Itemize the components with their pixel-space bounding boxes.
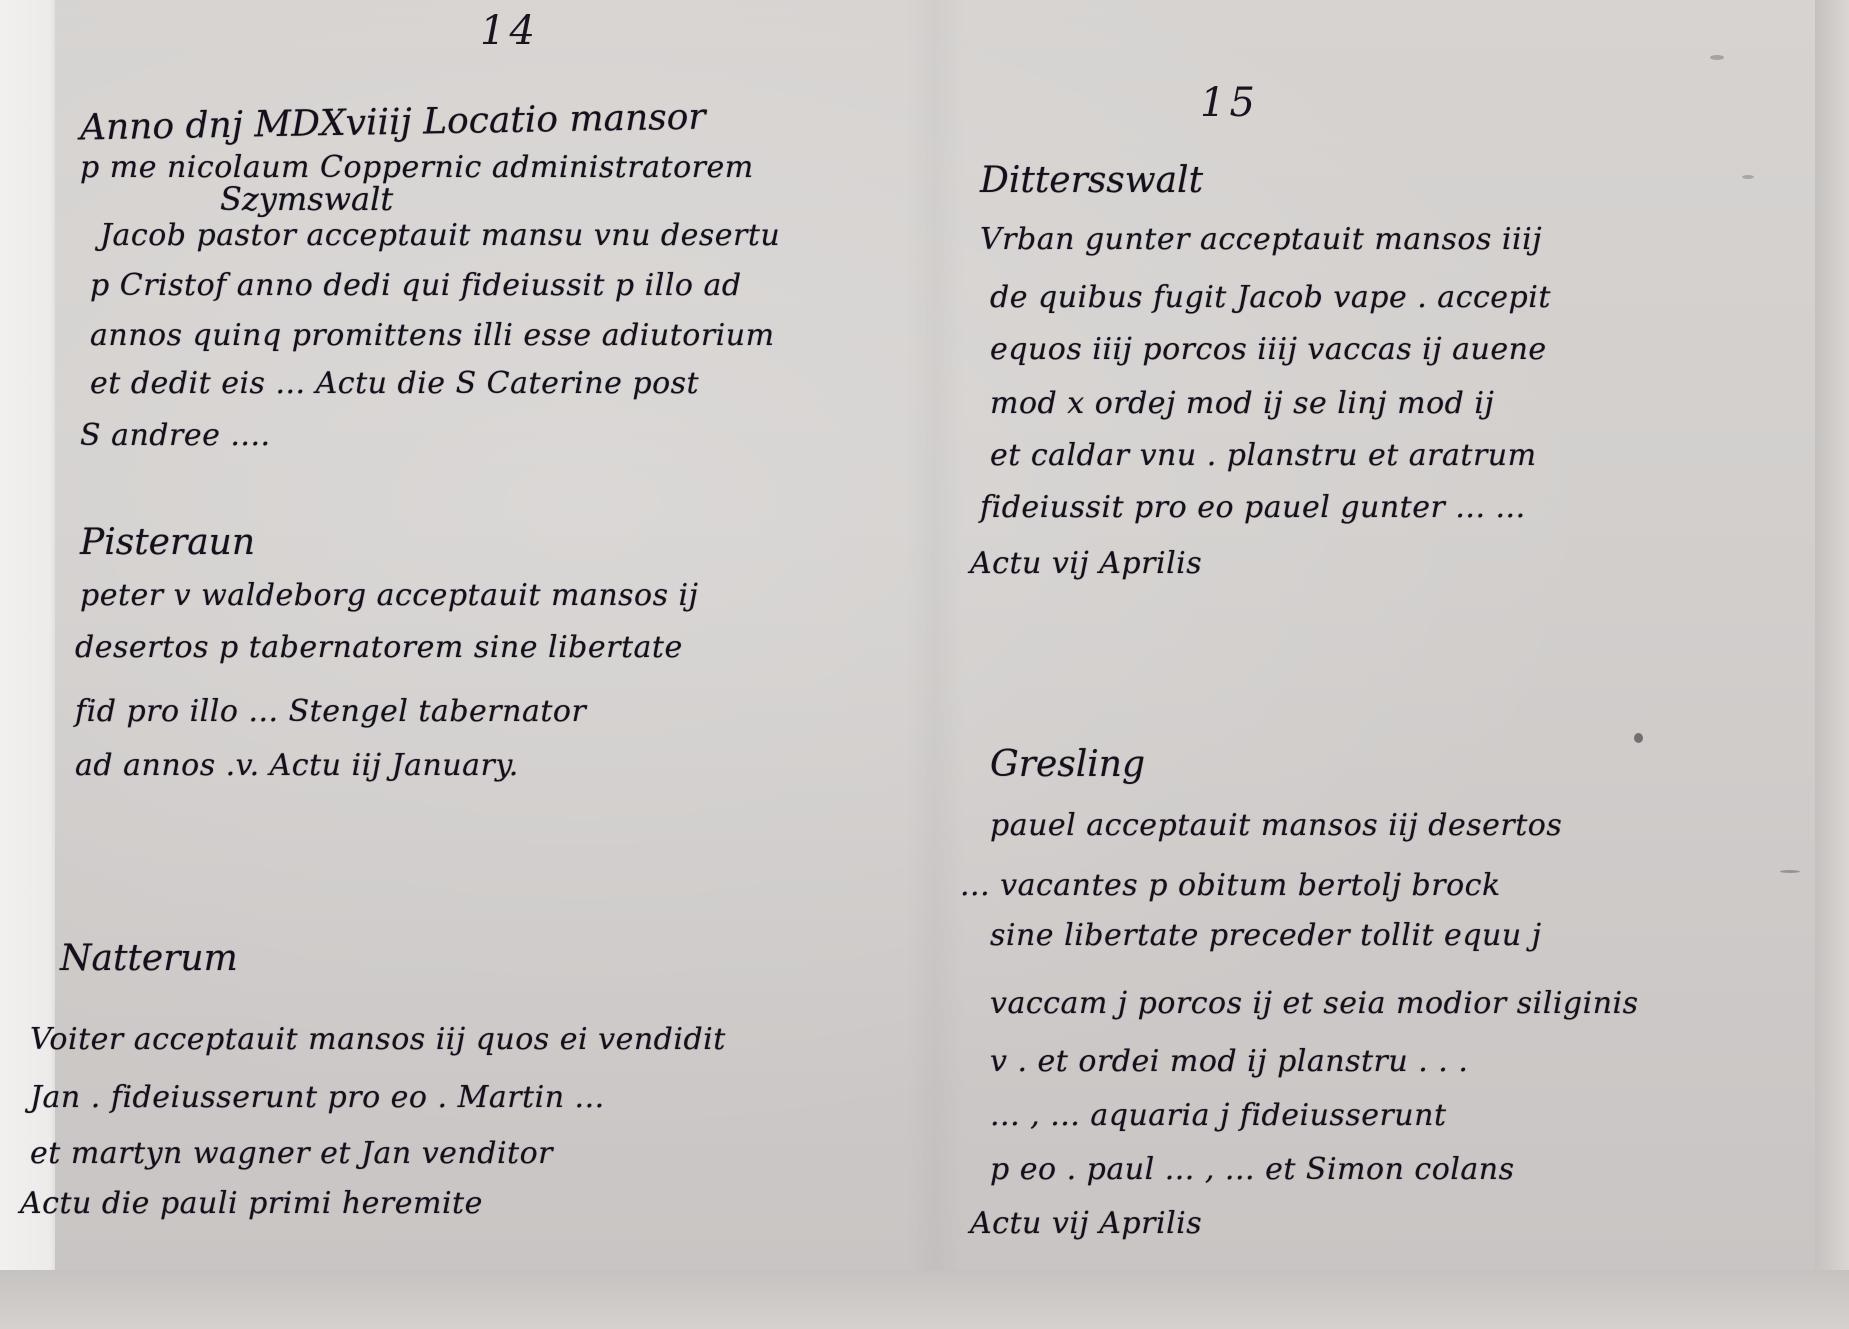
- entry-line: Actu die pauli primi heremite: [20, 1186, 483, 1221]
- entry-line: p Cristof anno dedi qui fideiussit p ill…: [90, 268, 742, 303]
- manuscript-photo: 14 Anno dnj MDXviiij Locatio mansor p me…: [0, 0, 1849, 1329]
- page-gutter: [905, 0, 965, 1270]
- folio-number: 14: [480, 8, 539, 54]
- left-page: 14 Anno dnj MDXviiij Locatio mansor p me…: [60, 0, 900, 1270]
- entry-line: Voiter acceptauit mansos iij quos ei ven…: [30, 1022, 726, 1057]
- entry-line: S andree ....: [80, 418, 271, 453]
- entry-line: et dedit eis ... Actu die S Caterine pos…: [90, 366, 699, 401]
- entry-line: v . et ordei mod ij planstru . . .: [990, 1044, 1468, 1079]
- entry-line: mod x ordej mod ij se linj mod ij: [990, 386, 1494, 421]
- entry-line: Actu vij Aprilis: [970, 546, 1202, 581]
- header-line: Anno dnj MDXviiij Locatio mansor: [80, 97, 706, 149]
- entry-line: desertos p tabernatorem sine libertate: [75, 630, 683, 665]
- entry-line: fid pro illo ... Stengel tabernator: [75, 694, 586, 729]
- entry-line: de quibus fugit Jacob vape . accepit: [990, 280, 1551, 315]
- entry-line: equos iiij porcos iiij vaccas ij auene: [990, 332, 1547, 367]
- sheet-edge-right: [1815, 0, 1849, 1329]
- entry-line: ... vacantes p obitum bertolj brock: [960, 868, 1501, 903]
- entry-line: Actu vij Aprilis: [970, 1206, 1202, 1241]
- entry-line: Jacob pastor acceptauit mansu vnu desert…: [100, 218, 780, 253]
- header-line: p me nicolaum Coppernic administratorem: [80, 150, 754, 185]
- entry-place: Natterum: [60, 938, 238, 979]
- entry-place: Dittersswalt: [980, 160, 1203, 201]
- entry-place: Pisteraun: [80, 522, 255, 563]
- entry-line: fideiussit pro eo pauel gunter ... ...: [980, 490, 1526, 525]
- entry-line: et caldar vnu . planstru et aratrum: [990, 438, 1537, 473]
- folio-number: 15: [1200, 80, 1259, 126]
- entry-line: ad annos .v. Actu iij January.: [75, 748, 519, 783]
- entry-place: Gresling: [990, 744, 1145, 785]
- entry-line: Jan . fideiusserunt pro eo . Martin ...: [30, 1080, 605, 1115]
- entry-place: Szymswalt: [220, 180, 393, 218]
- right-page: 15 Dittersswalt Vrban gunter acceptauit …: [960, 0, 1820, 1270]
- entry-line: sine libertate preceder tollit equu j: [990, 918, 1542, 953]
- entry-line: pauel acceptauit mansos iij desertos: [990, 808, 1562, 843]
- entry-line: vaccam j porcos ij et seia modior siligi…: [990, 986, 1639, 1021]
- entry-line: Vrban gunter acceptauit mansos iiij: [980, 222, 1542, 257]
- entry-line: peter v waldeborg acceptauit mansos ij: [80, 578, 698, 613]
- entry-line: annos quinq promittens illi esse adiutor…: [90, 318, 775, 353]
- entry-line: ... , ... aquaria j fideiusserunt: [990, 1098, 1447, 1133]
- entry-line: p eo . paul ... , ... et Simon colans: [990, 1152, 1515, 1187]
- sheet-edge-bottom: [0, 1270, 1849, 1329]
- entry-line: et martyn wagner et Jan venditor: [30, 1136, 553, 1171]
